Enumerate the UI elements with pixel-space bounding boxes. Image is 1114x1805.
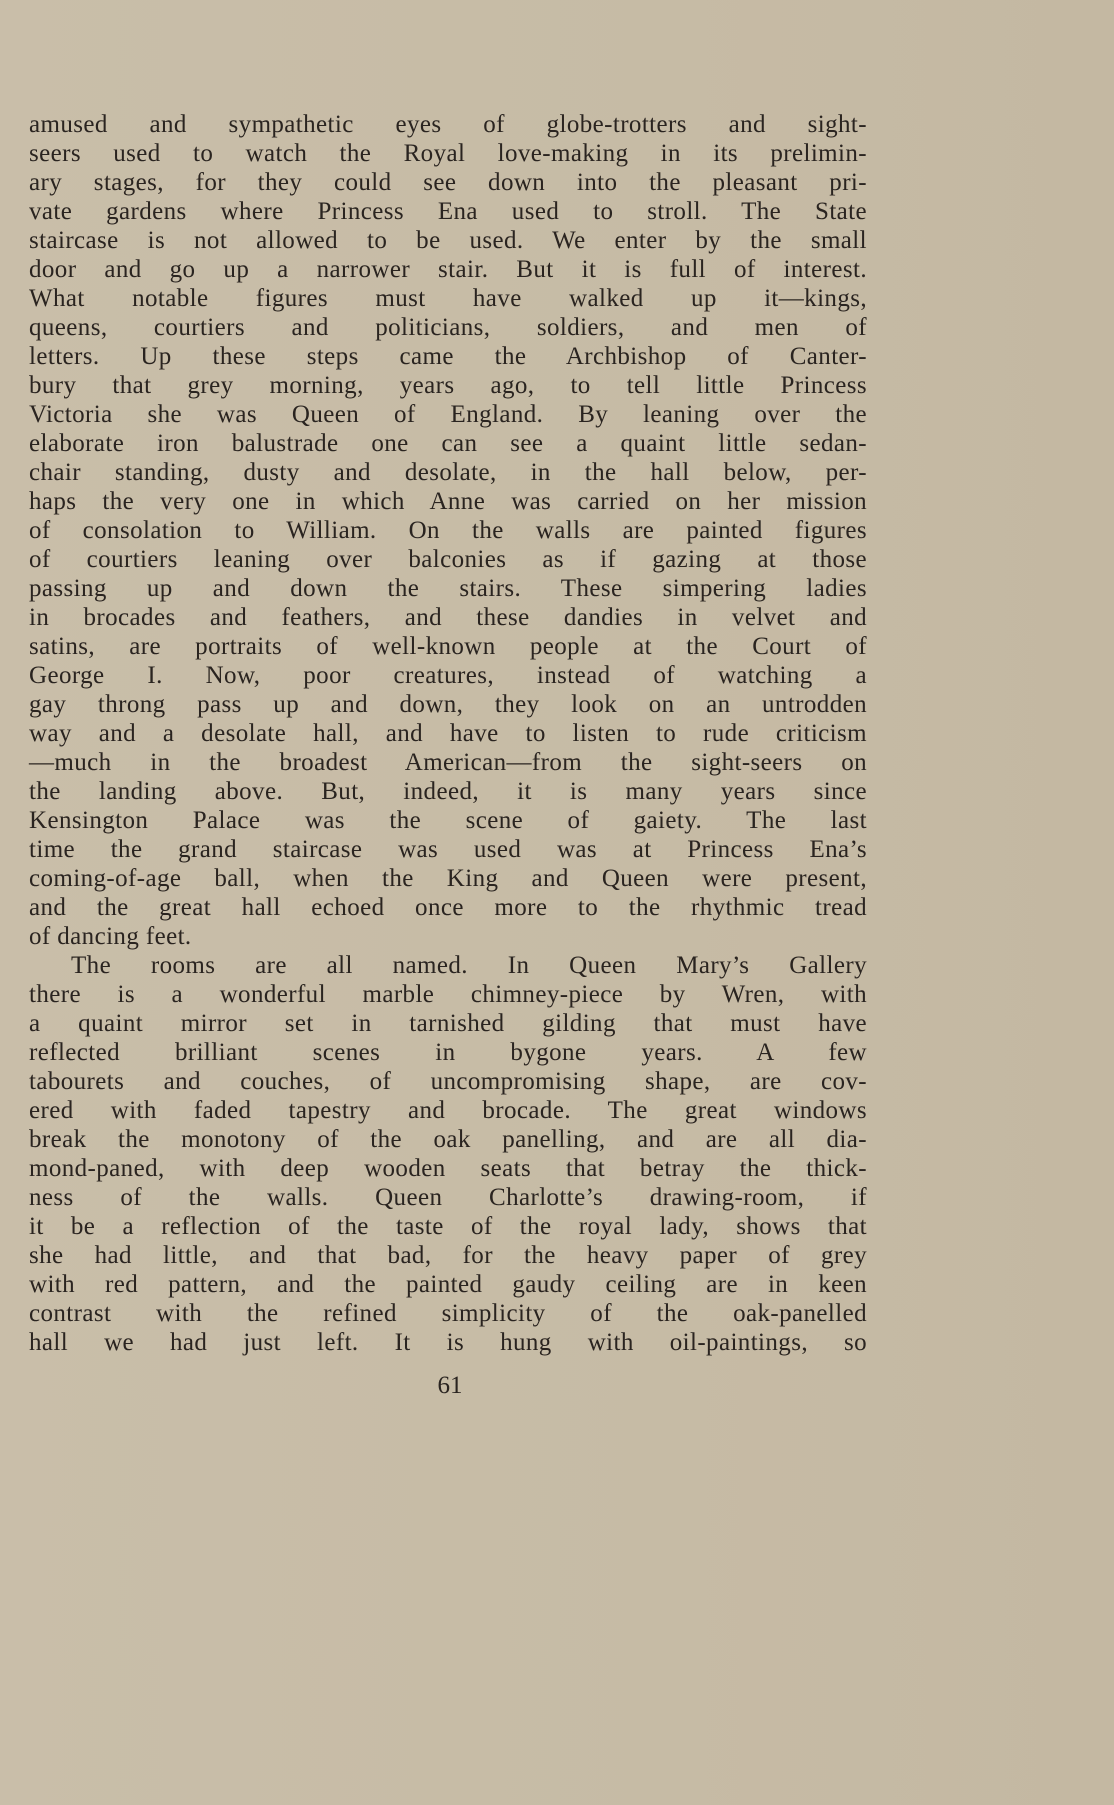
text-line: amused and sympathetic eyes of globe-tro… <box>29 110 867 139</box>
text-line: elaborate iron balustrade one can see a … <box>29 429 867 458</box>
text-line: contrast with the refined simplicity of … <box>29 1299 867 1328</box>
text-line: vate gardens where Princess Ena used to … <box>29 197 867 226</box>
text-line: she had little, and that bad, for the he… <box>29 1241 867 1270</box>
paragraph-1: amused and sympathetic eyes of globe-tro… <box>29 110 867 951</box>
book-page: amused and sympathetic eyes of globe-tro… <box>0 0 1114 1805</box>
text-line: there is a wonderful marble chimney-piec… <box>29 980 867 1009</box>
text-line: coming-of-age ball, when the King and Qu… <box>29 864 867 893</box>
text-line: Victoria she was Queen of England. By le… <box>29 400 867 429</box>
text-line: the landing above. But, indeed, it is ma… <box>29 777 867 806</box>
text-line: hall we had just left. It is hung with o… <box>29 1328 867 1357</box>
text-line: chair standing, dusty and desolate, in t… <box>29 458 867 487</box>
text-line: letters. Up these steps came the Archbis… <box>29 342 867 371</box>
text-line: bury that grey morning, years ago, to te… <box>29 371 867 400</box>
text-line: queens, courtiers and politicians, soldi… <box>29 313 867 342</box>
text-line: ered with faded tapestry and brocade. Th… <box>29 1096 867 1125</box>
text-line: seers used to watch the Royal love-makin… <box>29 139 867 168</box>
text-line: a quaint mirror set in tarnished gilding… <box>29 1009 867 1038</box>
text-line: satins, are portraits of well-known peop… <box>29 632 867 661</box>
text-line: ary stages, for they could see down into… <box>29 168 867 197</box>
text-line: of consolation to William. On the walls … <box>29 516 867 545</box>
body-text: amused and sympathetic eyes of globe-tro… <box>29 110 867 1357</box>
page-number: 61 <box>420 1372 480 1400</box>
text-line: way and a desolate hall, and have to lis… <box>29 719 867 748</box>
text-line: with red pattern, and the painted gaudy … <box>29 1270 867 1299</box>
text-line: time the grand staircase was used was at… <box>29 835 867 864</box>
text-line: and the great hall echoed once more to t… <box>29 893 867 922</box>
text-line: What notable figures must have walked up… <box>29 284 867 313</box>
text-line: break the monotony of the oak panelling,… <box>29 1125 867 1154</box>
text-line: reflected brilliant scenes in bygone yea… <box>29 1038 867 1067</box>
text-line: haps the very one in which Anne was carr… <box>29 487 867 516</box>
text-line: it be a reflection of the taste of the r… <box>29 1212 867 1241</box>
paragraph-2: The rooms are all named. In Queen Mary’s… <box>29 951 867 1357</box>
text-line: tabourets and couches, of uncompromising… <box>29 1067 867 1096</box>
text-line: door and go up a narrower stair. But it … <box>29 255 867 284</box>
text-line: —much in the broadest American—from the … <box>29 748 867 777</box>
text-line: ness of the walls. Queen Charlotte’s dra… <box>29 1183 867 1212</box>
text-line: Kensington Palace was the scene of gaiet… <box>29 806 867 835</box>
text-line: of courtiers leaning over balconies as i… <box>29 545 867 574</box>
text-line: George I. Now, poor creatures, instead o… <box>29 661 867 690</box>
text-line: in brocades and feathers, and these dand… <box>29 603 867 632</box>
text-line: gay throng pass up and down, they look o… <box>29 690 867 719</box>
text-line: passing up and down the stairs. These si… <box>29 574 867 603</box>
text-line: of dancing feet. <box>29 922 867 951</box>
text-line: mond-paned, with deep wooden seats that … <box>29 1154 867 1183</box>
text-line: staircase is not allowed to be used. We … <box>29 226 867 255</box>
text-line: The rooms are all named. In Queen Mary’s… <box>29 951 867 980</box>
